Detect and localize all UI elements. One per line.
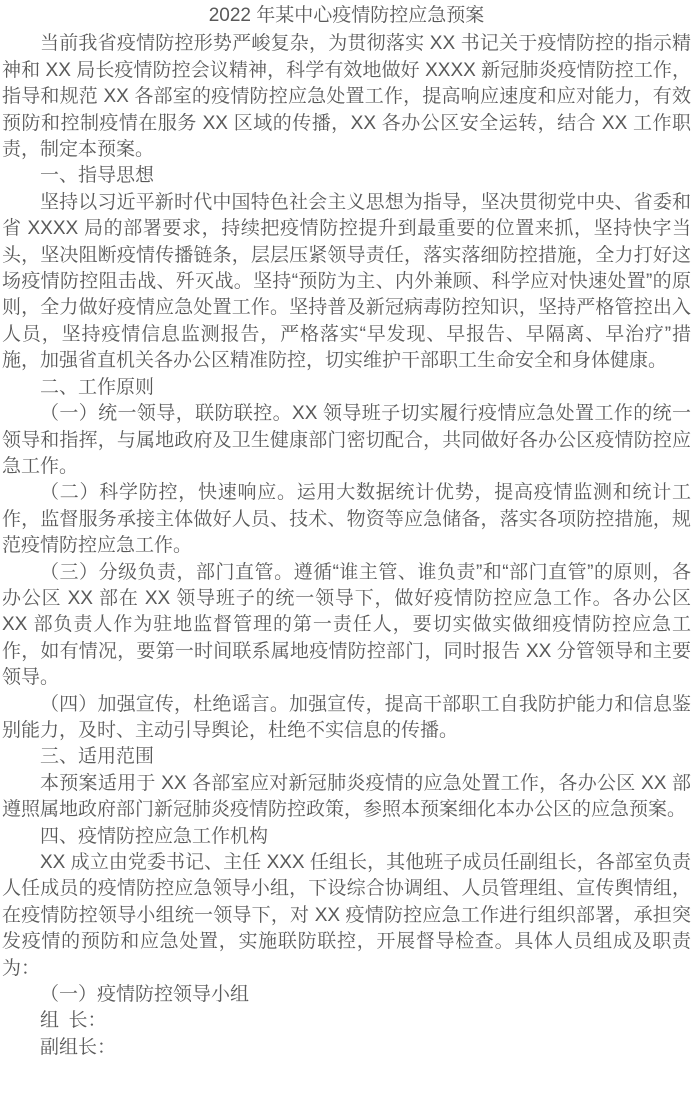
section-heading: 四、疫情防控应急工作机构: [2, 824, 691, 850]
document-page: 2022 年某中心疫情防控应急预案 当前我省疫情防控形势严峻复杂，为贯彻落实 X…: [0, 0, 693, 1097]
paragraph: 组 长：: [2, 1008, 691, 1034]
paragraph: XX 成立由党委书记、主任 XXX 任组长，其他班子成员任副组长，各部室负责人任…: [2, 850, 691, 982]
section-heading: 二、工作原则: [2, 375, 691, 401]
document-title: 2022 年某中心疫情防控应急预案: [2, 3, 691, 29]
paragraph: 副组长：: [2, 1035, 691, 1061]
paragraph: （一）统一领导，联防联控。XX 领导班子切实履行疫情应急处置工作的统一领导和指挥…: [2, 401, 691, 480]
paragraph: 当前我省疫情防控形势严峻复杂，为贯彻落实 XX 书记关于疫情防控的指示精神和 X…: [2, 31, 691, 163]
section-heading: 三、适用范围: [2, 744, 691, 770]
document-body: 当前我省疫情防控形势严峻复杂，为贯彻落实 XX 书记关于疫情防控的指示精神和 X…: [2, 31, 691, 1061]
section-heading: 一、指导思想: [2, 163, 691, 189]
paragraph: 坚持以习近平新时代中国特色社会主义思想为指导，坚决贯彻党中央、省委和省 XXXX…: [2, 190, 691, 375]
paragraph: （四）加强宣传，杜绝谣言。加强宣传，提高干部职工自我防护能力和信息鉴别能力，及时…: [2, 692, 691, 745]
paragraph: （二）科学防控，快速响应。运用大数据统计优势，提高疫情监测和统计工作，监督服务承…: [2, 480, 691, 559]
paragraph: 本预案适用于 XX 各部室应对新冠肺炎疫情的应急处置工作，各办公区 XX 部遵照…: [2, 771, 691, 824]
section-heading: （一）疫情防控领导小组: [2, 982, 691, 1008]
paragraph: （三）分级负责，部门直管。遵循“谁主管、谁负责”和“部门直管”的原则，各办公区 …: [2, 560, 691, 692]
